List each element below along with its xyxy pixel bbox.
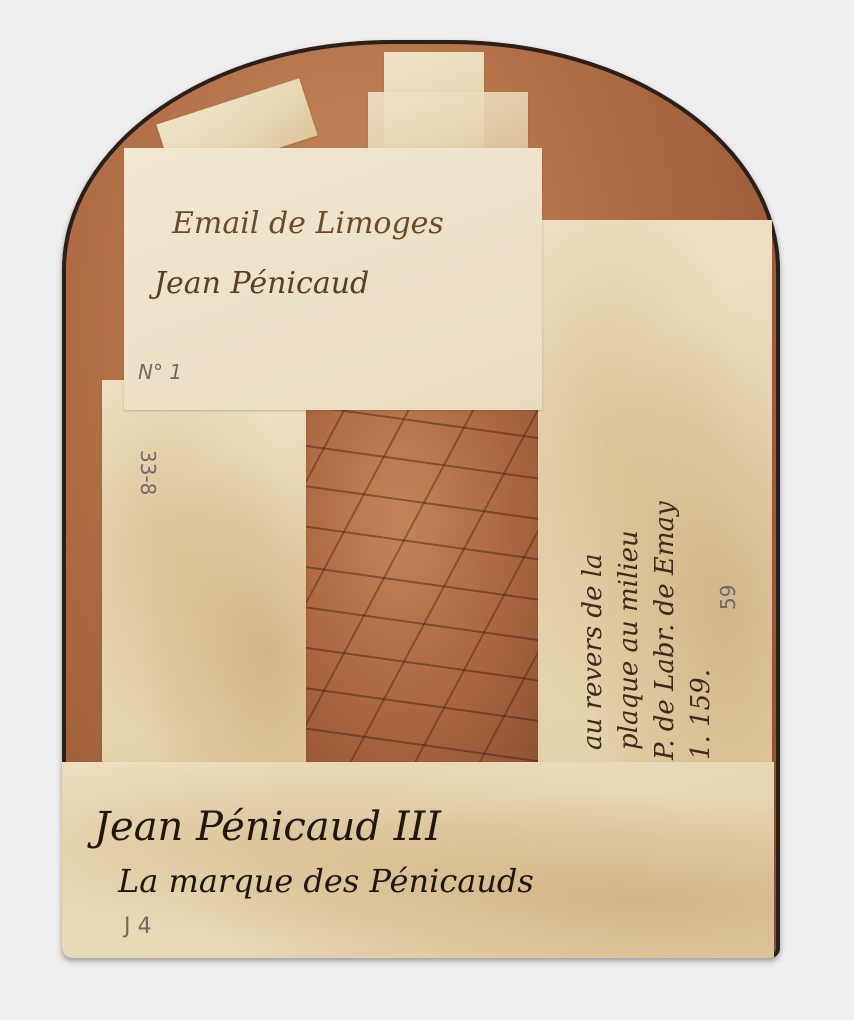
right-label-line2: plaque au milieu [614, 530, 644, 750]
top-label-line2: Jean Pénicaud [154, 266, 369, 301]
right-label-line1: au revers de la [578, 553, 608, 750]
top-label-line1: Email de Limoges [172, 206, 444, 241]
enamel-plaque-reverse: 33-8 au revers de la plaque au milieu P.… [62, 40, 780, 958]
bottom-paper-label: Jean Pénicaud III La marque des Pénicaud… [62, 762, 774, 958]
bottom-label-line2: La marque des Pénicauds [118, 862, 534, 900]
copper-enamel-window [306, 410, 540, 768]
right-label-line4: 1. 159. [686, 669, 716, 760]
top-label-number: N° 1 [138, 360, 182, 384]
right-pencil-number: 59 [716, 585, 740, 610]
right-paper-label: au revers de la plaque au milieu P. de L… [538, 220, 772, 770]
bottom-label-line1: Jean Pénicaud III [94, 804, 441, 850]
left-paper-label: 33-8 [102, 380, 306, 770]
left-pencil-number: 33-8 [136, 450, 160, 495]
right-label-line3: P. de Labr. de Emay [650, 501, 680, 760]
bottom-pencil-mark: J 4 [124, 914, 151, 939]
top-paper-label: Email de Limoges Jean Pénicaud N° 1 [124, 148, 542, 410]
